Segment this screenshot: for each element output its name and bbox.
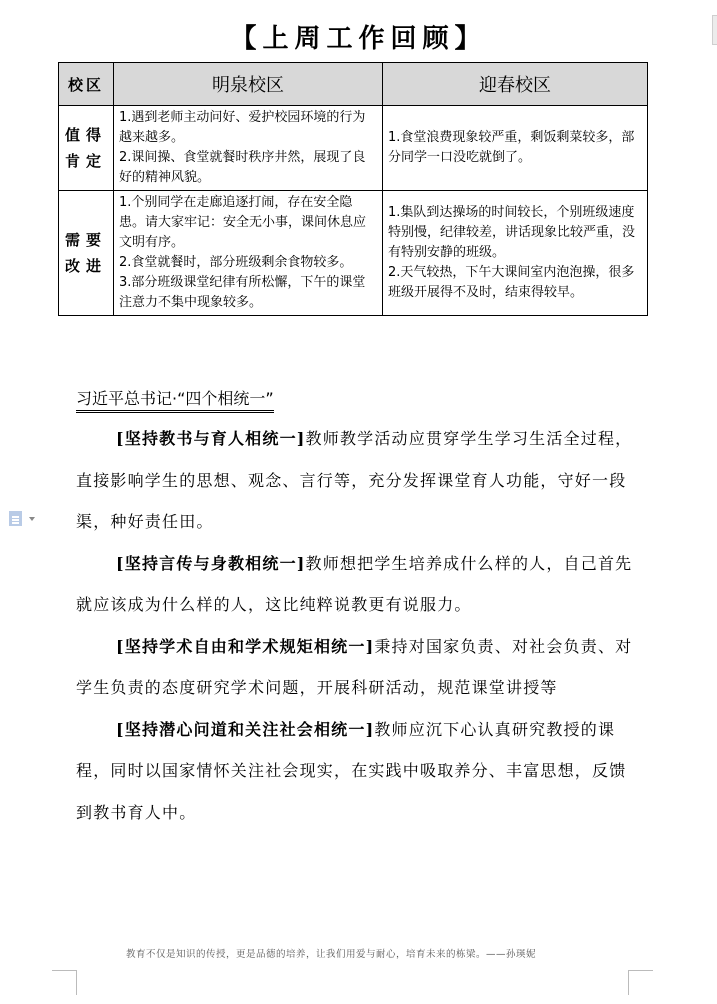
header-mingquan: 明泉校区 — [114, 63, 383, 106]
cell-yingchun-praise: 1.食堂浪费现象较严重，剩饭剩菜较多，部分同学一口没吃就倒了。 — [383, 106, 648, 191]
paragraph-title: [坚持教书与育人相统一] — [116, 429, 306, 448]
list-item: 2.食堂就餐时，部分班级剩余食物较多。 — [119, 253, 378, 273]
row-label-line: 肯定 — [60, 148, 112, 174]
paragraph: [坚持学术自由和学术规矩相统一]秉持对国家负责、对社会负责、对学生负责的态度研究… — [76, 626, 636, 709]
list-item: 2.课间操、食堂就餐时秩序井然，展现了良好的精神风貌。 — [119, 148, 378, 188]
row-label-praise: 值得 肯定 — [59, 106, 114, 191]
cell-mingquan-praise: 1.遇到老师主动问好、爱护校园环境的行为越来越多。 2.课间操、食堂就餐时秩序井… — [114, 106, 383, 191]
paragraph-title: [坚持言传与身教相统一] — [116, 554, 306, 573]
row-label-line: 值得 — [60, 122, 112, 148]
page-corner-mark-left — [52, 970, 77, 995]
list-item: 1.集队到达操场的时间较长，个别班级速度特别慢，纪律较差，讲话现象比较严重，没有… — [388, 203, 643, 263]
document-icon[interactable] — [9, 511, 22, 526]
paragraph: [坚持言传与身教相统一]教师想把学生培养成什么样的人，自己首先就应该成为什么样的… — [76, 543, 636, 626]
chevron-down-icon[interactable] — [29, 517, 35, 521]
cell-yingchun-improve: 1.集队到达操场的时间较长，个别班级速度特别慢，纪律较差，讲话现象比较严重，没有… — [383, 191, 648, 316]
section-body: [坚持教书与育人相统一]教师教学活动应贯穿学生学习生活全过程，直接影响学生的思想… — [76, 418, 636, 833]
review-table: 校区 明泉校区 迎春校区 值得 肯定 1.遇到老师主动问好、爱护校园环境的行为越… — [58, 62, 648, 316]
cell-mingquan-improve: 1.个别同学在走廊追逐打闹，存在安全隐患。请大家牢记：安全无小事，课间休息应文明… — [114, 191, 383, 316]
footer-quote: 教育不仅是知识的传授，更是品德的培养，让我们用爱与耐心，培育未来的栋梁。——孙瑛… — [126, 946, 536, 960]
header-yingchun: 迎春校区 — [383, 63, 648, 106]
list-item: 1.个别同学在走廊追逐打闹，存在安全隐患。请大家牢记：安全无小事，课间休息应文明… — [119, 193, 378, 253]
paragraph: [坚持教书与育人相统一]教师教学活动应贯穿学生学习生活全过程，直接影响学生的思想… — [76, 418, 636, 543]
paragraph-title: [坚持潜心问道和关注社会相统一] — [116, 720, 374, 739]
list-item: 1.食堂浪费现象较严重，剩饭剩菜较多，部分同学一口没吃就倒了。 — [388, 128, 643, 168]
paragraph-title: [坚持学术自由和学术规矩相统一] — [116, 637, 374, 656]
page-title: 【上周工作回顾】 — [0, 18, 717, 55]
list-item: 2.天气较热，下午大课间室内泡泡操，很多班级开展得不及时，结束得较早。 — [388, 263, 643, 303]
list-item: 3.部分班级课堂纪律有所松懈，下午的课堂注意力不集中现象较多。 — [119, 273, 378, 313]
list-item: 1.遇到老师主动问好、爱护校园环境的行为越来越多。 — [119, 108, 378, 148]
table-row: 需要 改进 1.个别同学在走廊追逐打闹，存在安全隐患。请大家牢记：安全无小事，课… — [59, 191, 648, 316]
table-row: 值得 肯定 1.遇到老师主动问好、爱护校园环境的行为越来越多。 2.课间操、食堂… — [59, 106, 648, 191]
header-campus: 校区 — [59, 63, 114, 106]
row-label-line: 需要 — [60, 227, 112, 253]
row-label-line: 改进 — [60, 253, 112, 279]
paragraph: [坚持潜心问道和关注社会相统一]教师应沉下心认真研究教授的课程，同时以国家情怀关… — [76, 709, 636, 834]
page-corner-mark-right — [628, 970, 653, 995]
row-label-improve: 需要 改进 — [59, 191, 114, 316]
table-header-row: 校区 明泉校区 迎春校区 — [59, 63, 648, 106]
section-heading: 习近平总书记·“四个相统一” — [76, 386, 274, 413]
